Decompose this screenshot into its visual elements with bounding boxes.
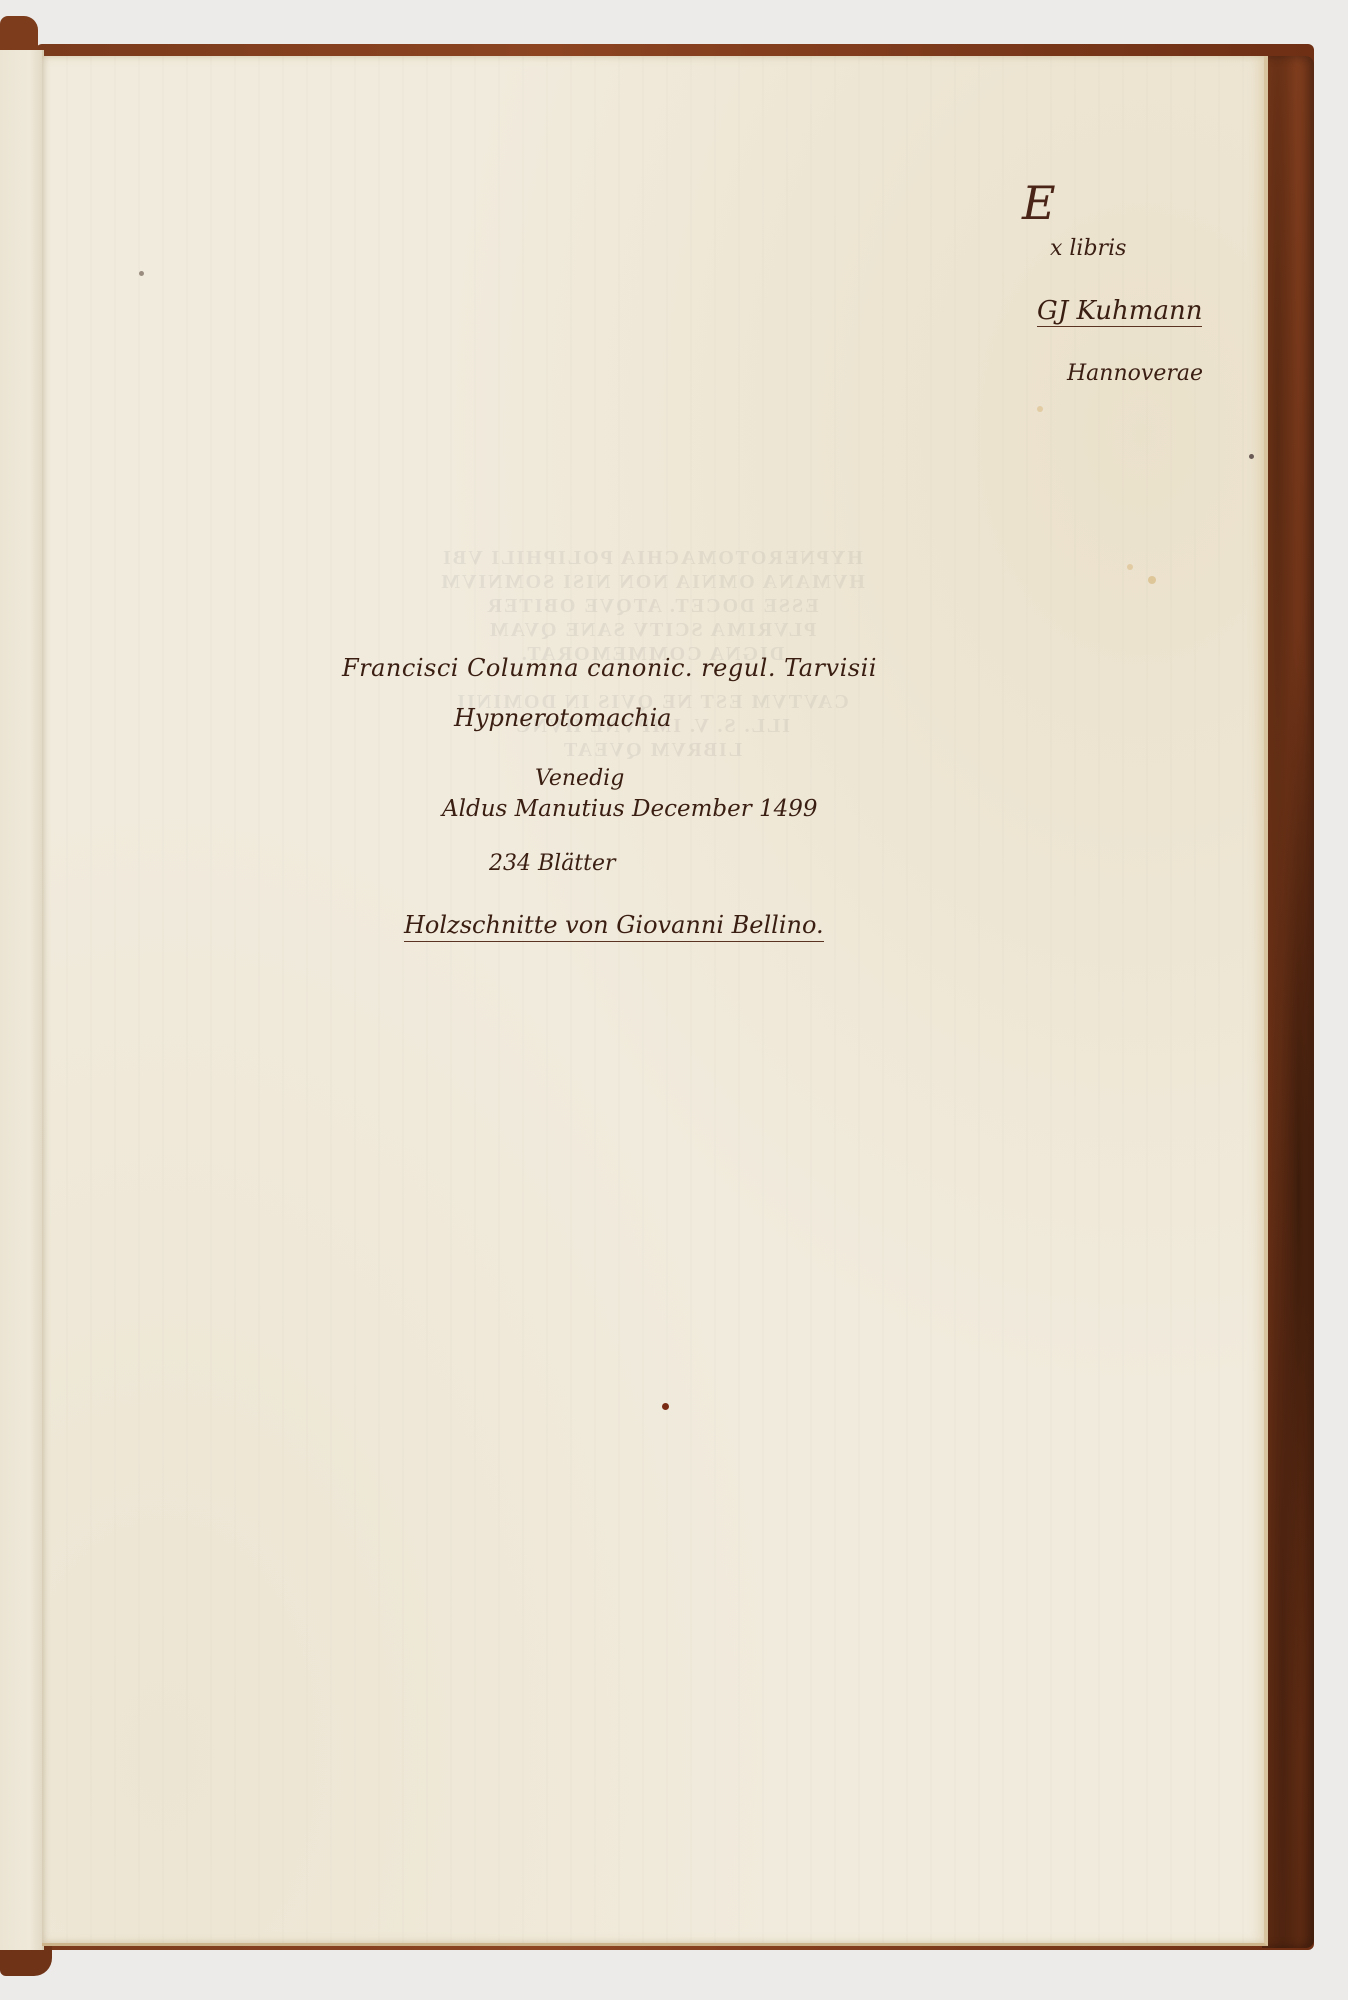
inscription-illustrations: Holzschnitte von Giovanni Bellino. [404, 911, 824, 942]
show-through-line: HYPNEROTOMACHIA POLIPHILI VBI [342, 546, 962, 570]
inscription-author: Francisci Columna canonic. regul. Tarvis… [342, 654, 877, 682]
cover-corner-top-left [0, 16, 38, 54]
inscription-place: Venedig [535, 766, 624, 791]
ink-spot [662, 1403, 669, 1410]
ex-libris-initial: E [1022, 176, 1056, 230]
foxing-stain [1037, 406, 1043, 412]
show-through-line: LIBRVM QVEAT [342, 738, 962, 762]
show-through-line: ESSE DOCET. ATQVE OBITER [342, 594, 962, 618]
foxing-stain [1148, 576, 1156, 584]
flyleaf-page: HYPNEROTOMACHIA POLIPHILI VBI HVMANA OMN… [42, 56, 1268, 1946]
inscription-title: Hypnerotomachia [454, 704, 671, 732]
show-through-line: PLVRIMA SCITV SANE QVAM [342, 618, 962, 642]
book-scene: HYPNEROTOMACHIA POLIPHILI VBI HVMANA OMN… [0, 0, 1348, 2000]
paper-speck [1249, 454, 1254, 459]
ex-libris-text: x libris [1050, 236, 1126, 261]
show-through-line: HVMANA OMNIA NON NISI SOMNIVM [342, 570, 962, 594]
paper-speck [139, 271, 144, 276]
inscription-leaves: 234 Blätter [489, 851, 616, 876]
leather-cover-edge [1262, 56, 1314, 1948]
ex-libris-place: Hannoverae [1067, 361, 1203, 386]
left-page-edge [0, 50, 44, 1950]
foxing-stain [1127, 564, 1133, 570]
inscription-printer: Aldus Manutius December 1499 [442, 796, 818, 822]
ex-libris-signature: GJ Kuhmann [1037, 296, 1202, 327]
